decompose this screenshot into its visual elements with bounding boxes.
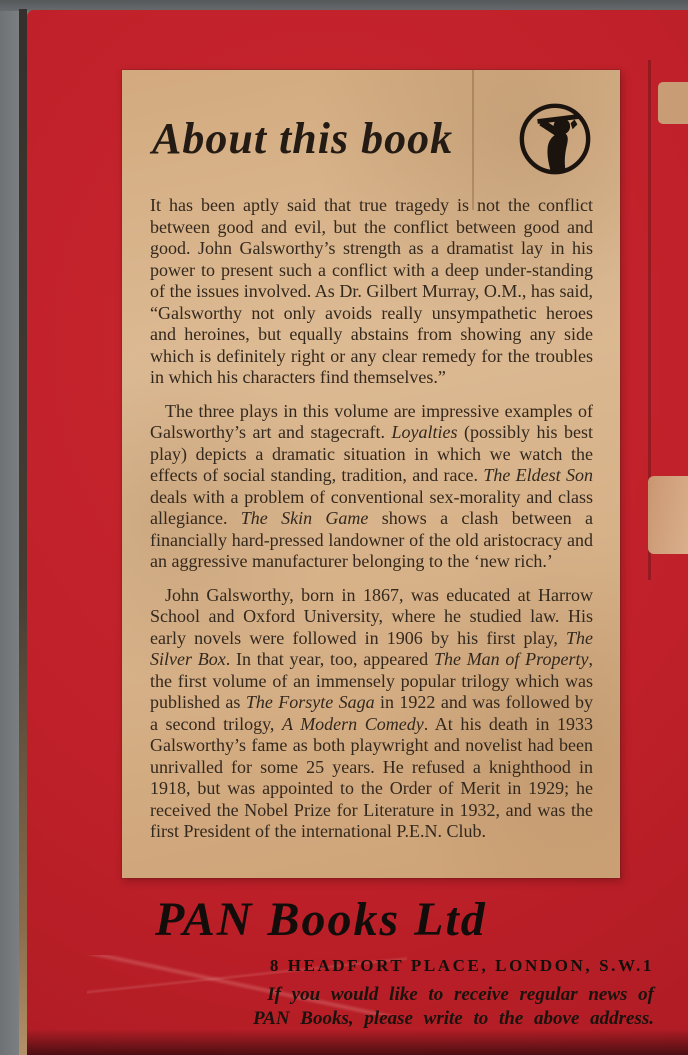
footer-note-line-1: If you would like to receive regular new… [253, 983, 654, 1007]
red-cover: About this book It has been aptly said t… [27, 10, 688, 1055]
about-label: About this book It has been aptly said t… [122, 70, 620, 878]
footer-note-line-2: PAN Books, please write to the above add… [253, 1007, 654, 1031]
photo-background-left [0, 0, 19, 1055]
worn-patch-mid [648, 476, 688, 554]
about-paragraph: The three plays in this volume are impre… [150, 401, 593, 573]
worn-patch-top [658, 82, 688, 124]
about-paragraph: John Galsworthy, born in 1867, was educa… [150, 585, 593, 843]
about-title: About this book [152, 116, 516, 162]
about-paragraphs: It has been aptly said that true tragedy… [122, 178, 620, 843]
cover-bottom-shadow [27, 1029, 688, 1055]
publisher-name: PAN Books Ltd [155, 892, 487, 947]
about-paragraph: It has been aptly said that true tragedy… [150, 195, 593, 389]
title-row: About this book [122, 70, 620, 178]
publisher-footer: 8 HEADFORT PLACE, LONDON, S.W.1 If you w… [253, 956, 654, 1031]
label-crease [472, 70, 474, 210]
pan-piper-icon [516, 100, 594, 178]
publisher-address: 8 HEADFORT PLACE, LONDON, S.W.1 [253, 956, 654, 976]
book-page-edge [19, 9, 27, 1055]
book-back-cover-photo: About this book It has been aptly said t… [0, 0, 688, 1055]
